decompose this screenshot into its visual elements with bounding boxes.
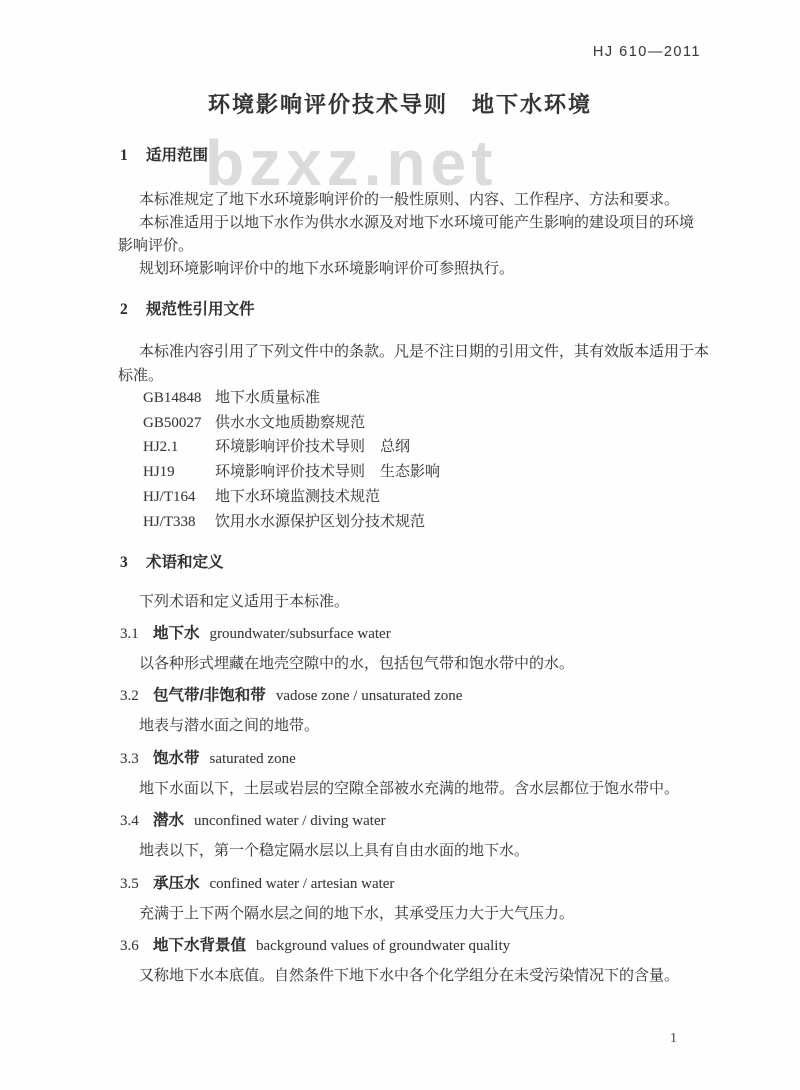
reference-title: 环境影响评价技术导则 生态影响 xyxy=(215,464,440,480)
term-definition: 充满于上下两个隔水层之间的地下水，其承受压力大于大气压力。 xyxy=(0,899,800,929)
section-3-heading: 3术语和定义 xyxy=(120,553,224,572)
term-definition: 地表与潜水面之间的地带。 xyxy=(0,711,800,741)
term-definition: 地表以下，第一个稳定隔水层以上具有自由水面的地下水。 xyxy=(0,836,800,866)
section-1-number: 1 xyxy=(120,146,146,165)
term-name-en: vadose zone / unsaturated zone xyxy=(276,688,463,704)
section-1-heading: 1适用范围 xyxy=(120,146,208,165)
term-name-en: saturated zone xyxy=(210,751,296,767)
reference-title: 地下水质量标准 xyxy=(215,390,320,406)
paragraph: 本标准规定了地下水环境影响评价的一般性原则、内容、工作程序、方法和要求。 xyxy=(118,189,718,212)
term-definition: 又称地下水本底值。自然条件下地下水中各个化学组分在未受污染情况下的含量。 xyxy=(0,961,800,991)
paragraph: 本标准适用于以地下水作为供水水源及对地下水环境可能产生影响的建设项目的环境 影响… xyxy=(118,212,718,258)
term-definition: 地下水面以下，土层或岩层的空隙全部被水充满的地带。含水层都位于饱水带中。 xyxy=(0,774,800,804)
term-name-zh: 潜水 xyxy=(153,812,184,829)
term-heading: 3.6地下水背景值background values of groundwate… xyxy=(0,931,800,961)
paragraph-line: 本标准规定了地下水环境影响评价的一般性原则、内容、工作程序、方法和要求。 xyxy=(118,189,718,212)
paragraph-line: 规划环境影响评价中的地下水环境影响评价可参照执行。 xyxy=(118,258,718,281)
document-page: bzxz.net HJ 610—2011 环境影响评价技术导则 地下水环境 1适… xyxy=(0,0,800,1090)
term-name-zh: 地下水背景值 xyxy=(153,937,246,954)
term-definition: 以各种形式埋藏在地壳空隙中的水，包括包气带和饱水带中的水。 xyxy=(0,649,800,679)
reference-code: HJ/T164 xyxy=(143,485,215,510)
paragraph-line: 本标准适用于以地下水作为供水水源及对地下水环境可能产生影响的建设项目的环境 xyxy=(118,212,718,235)
term-name-zh: 地下水 xyxy=(153,625,200,642)
term-number: 3.2 xyxy=(120,681,153,711)
paragraph-line: 本标准内容引用了下列文件中的条款。凡是不注日期的引用文件，其有效版本适用于本 xyxy=(118,340,718,364)
term-heading: 3.5承压水confined water / artesian water xyxy=(0,869,800,899)
term-entry: 3.4潜水unconfined water / diving water 地表以… xyxy=(0,806,800,866)
term-name-en: unconfined water / diving water xyxy=(194,813,386,829)
section-3-title: 术语和定义 xyxy=(146,554,224,571)
reference-title: 供水水文地质勘察规范 xyxy=(215,415,365,431)
section-2-number: 2 xyxy=(120,300,146,319)
section-3-number: 3 xyxy=(120,553,146,572)
section-2-body: 本标准内容引用了下列文件中的条款。凡是不注日期的引用文件，其有效版本适用于本 标… xyxy=(118,340,718,388)
reference-code: HJ2.1 xyxy=(143,435,215,460)
term-number: 3.4 xyxy=(120,806,153,836)
reference-title: 地下水环境监测技术规范 xyxy=(215,489,380,505)
reference-item: GB50027供水水文地质勘察规范 xyxy=(143,411,440,436)
term-heading: 3.1地下水groundwater/subsurface water xyxy=(0,619,800,649)
reference-title: 饮用水水源保护区划分技术规范 xyxy=(215,514,425,530)
term-entry: 3.6地下水背景值background values of groundwate… xyxy=(0,931,800,991)
reference-code: GB14848 xyxy=(143,386,215,411)
term-heading: 3.3饱水带saturated zone xyxy=(0,744,800,774)
term-number: 3.1 xyxy=(120,619,153,649)
reference-code: HJ/T338 xyxy=(143,510,215,535)
term-number: 3.3 xyxy=(120,744,153,774)
term-number: 3.5 xyxy=(120,869,153,899)
document-title: 环境影响评价技术导则 地下水环境 xyxy=(0,92,800,118)
standard-number: HJ 610—2011 xyxy=(593,44,701,60)
reference-code: GB50027 xyxy=(143,411,215,436)
term-heading: 3.4潜水unconfined water / diving water xyxy=(0,806,800,836)
reference-item: HJ/T338饮用水水源保护区划分技术规范 xyxy=(143,510,440,535)
reference-item: HJ2.1环境影响评价技术导则 总纲 xyxy=(143,435,440,460)
term-name-en: groundwater/subsurface water xyxy=(210,626,391,642)
section-1-title: 适用范围 xyxy=(146,147,208,164)
page-number: 1 xyxy=(670,1031,677,1047)
term-entry: 3.1地下水groundwater/subsurface water 以各种形式… xyxy=(0,619,800,679)
section-3-body: 下列术语和定义适用于本标准。 xyxy=(118,591,718,613)
paragraph: 本标准内容引用了下列文件中的条款。凡是不注日期的引用文件，其有效版本适用于本 标… xyxy=(118,340,718,388)
section-2-heading: 2规范性引用文件 xyxy=(120,300,255,319)
paragraph: 下列术语和定义适用于本标准。 xyxy=(118,591,718,613)
paragraph-line: 影响评价。 xyxy=(118,235,718,258)
term-name-en: confined water / artesian water xyxy=(210,876,395,892)
paragraph-line: 标准。 xyxy=(118,364,718,388)
reference-list: GB14848地下水质量标准 GB50027供水水文地质勘察规范 HJ2.1环境… xyxy=(143,386,440,534)
term-heading: 3.2包气带/非饱和带vadose zone / unsaturated zon… xyxy=(0,681,800,711)
reference-item: GB14848地下水质量标准 xyxy=(143,386,440,411)
site-watermark: bzxz.net xyxy=(205,131,497,195)
term-name-en: background values of groundwater quality xyxy=(256,938,510,954)
term-entry: 3.2包气带/非饱和带vadose zone / unsaturated zon… xyxy=(0,681,800,741)
reference-code: HJ19 xyxy=(143,460,215,485)
reference-item: HJ/T164地下水环境监测技术规范 xyxy=(143,485,440,510)
term-number: 3.6 xyxy=(120,931,153,961)
section-1-body: 本标准规定了地下水环境影响评价的一般性原则、内容、工作程序、方法和要求。 本标准… xyxy=(118,189,718,281)
term-name-zh: 饱水带 xyxy=(153,750,200,767)
term-entry: 3.5承压水confined water / artesian water 充满… xyxy=(0,869,800,929)
paragraph-line: 下列术语和定义适用于本标准。 xyxy=(118,591,718,613)
section-2-title: 规范性引用文件 xyxy=(146,301,255,318)
term-name-zh: 承压水 xyxy=(153,875,200,892)
term-name-zh: 包气带/非饱和带 xyxy=(153,687,266,704)
reference-title: 环境影响评价技术导则 总纲 xyxy=(215,439,410,455)
term-entry: 3.3饱水带saturated zone 地下水面以下，土层或岩层的空隙全部被水… xyxy=(0,744,800,804)
reference-item: HJ19环境影响评价技术导则 生态影响 xyxy=(143,460,440,485)
paragraph: 规划环境影响评价中的地下水环境影响评价可参照执行。 xyxy=(118,258,718,281)
terms-list: 3.1地下水groundwater/subsurface water 以各种形式… xyxy=(0,619,800,993)
